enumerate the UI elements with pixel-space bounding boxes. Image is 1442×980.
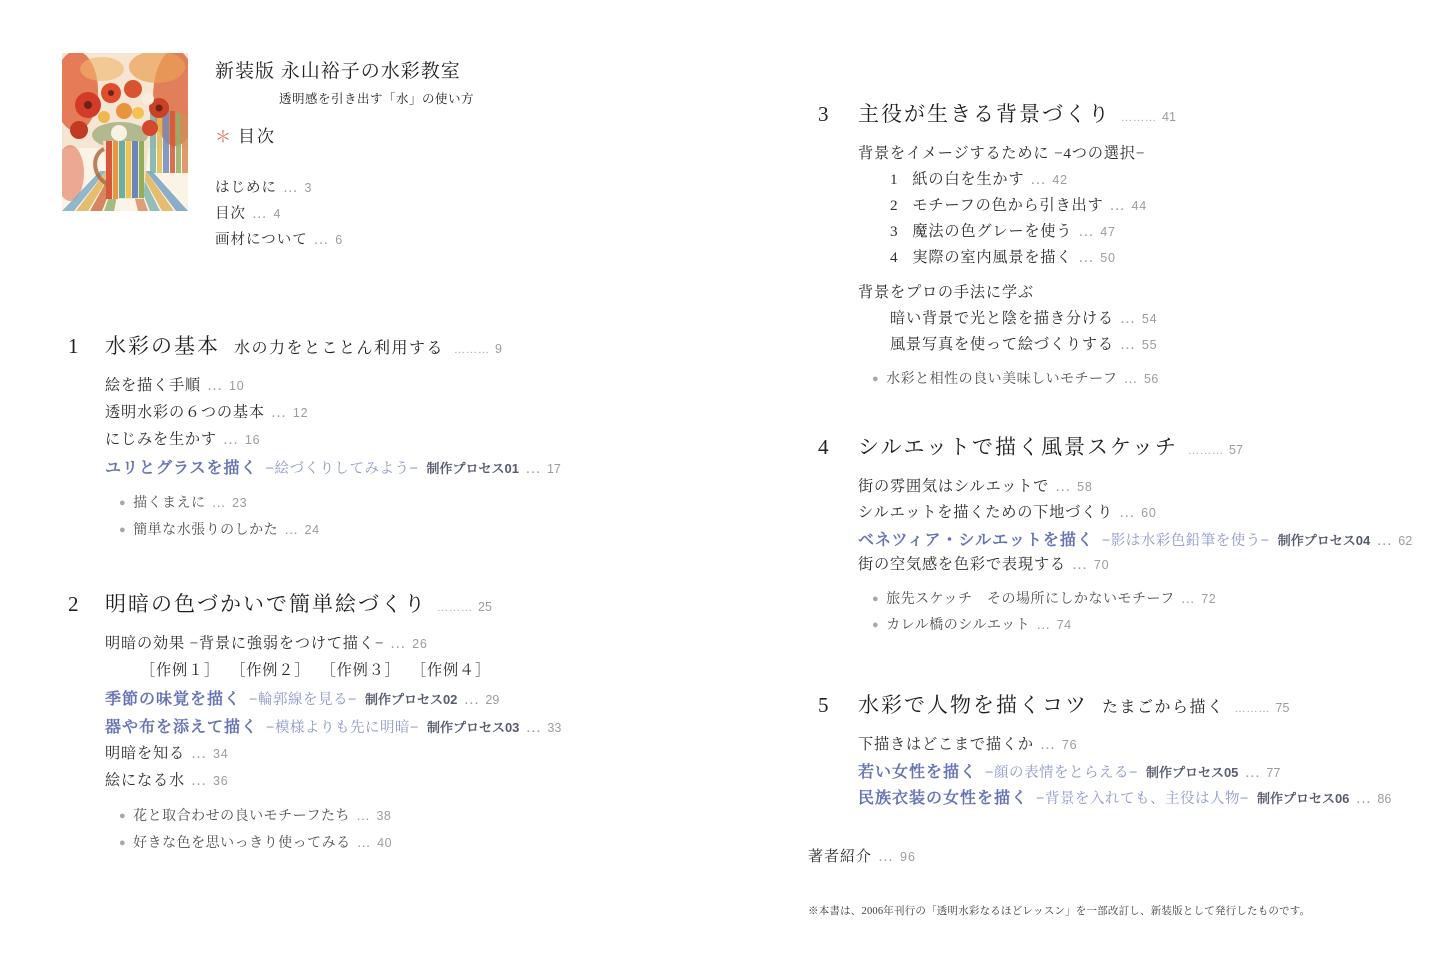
- front-matter-list: はじめに…3目次…4画材について…6: [215, 176, 343, 254]
- page-number: 77: [1266, 766, 1280, 780]
- section-subtitle: 水の力をとことん利用する: [234, 340, 444, 357]
- dots: …: [1355, 790, 1371, 807]
- toc-entry: 街の雰囲気はシルエットで…58: [858, 475, 1412, 501]
- toc-section-2: 2明暗の色づかいで簡単絵づくり………25明暗の効果 −背景に強弱をつけて描く−……: [68, 588, 561, 859]
- page-number: 50: [1100, 251, 1116, 265]
- entry-label: モチーフの色から引き出す: [912, 197, 1103, 214]
- section-entries: 下描きはどこまで描くか…76若い女性を描く−顔の表情をとらえる−制作プロセス05…: [858, 733, 1391, 811]
- entry-label: 明暗を知る: [105, 745, 185, 762]
- dots: …: [284, 521, 299, 537]
- dots: …: [252, 206, 268, 222]
- process-tag: 制作プロセス02: [365, 692, 457, 707]
- edition-footnote: ※本書は、2006年刊行の「透明水彩なるほどレッスン」を一部改訂し、新装版として…: [808, 903, 1310, 918]
- entry-label: 下描きはどこまで描くか: [858, 736, 1034, 753]
- bullet-icon: ●: [119, 837, 126, 849]
- section-title-row: 2明暗の色づかいで簡単絵づくり………25: [68, 588, 561, 620]
- page-number: 54: [1142, 312, 1158, 326]
- entry-label: シルエットを描くための下地づくり: [858, 504, 1113, 521]
- bullet-icon: ●: [872, 593, 879, 605]
- entry-label: 実際の室内風景を描く: [912, 249, 1072, 266]
- front-matter-entry: 目次…4: [215, 202, 343, 228]
- toc-entry: 下描きはどこまで描くか…76: [858, 733, 1391, 759]
- entry-label: 花と取合わせの良いモチーフたち: [133, 807, 350, 823]
- dots: …: [1120, 336, 1136, 353]
- leader-dots: ………: [1121, 112, 1157, 124]
- process-tag: 制作プロセス04: [1278, 533, 1370, 548]
- dots: …: [191, 745, 207, 762]
- page-number: 96: [900, 850, 916, 864]
- example-label: ［作例１］: [140, 662, 220, 679]
- toc-entry: 暗い背景で光と陰を描き分ける…54: [858, 307, 1176, 333]
- dots: …: [1110, 197, 1126, 214]
- dots: …: [1072, 556, 1088, 573]
- page-number: 33: [547, 721, 561, 735]
- section-title: 水彩で人物を描くコツ: [858, 693, 1088, 717]
- toc-entry: ●花と取合わせの良いモチーフたち…38: [105, 805, 561, 832]
- dots: …: [1119, 504, 1135, 521]
- book-subtitle: 透明感を引き出す「水」の使い方: [279, 89, 474, 107]
- bullet-icon: ●: [119, 524, 126, 536]
- dots: …: [1376, 532, 1392, 549]
- toc-entry: 3魔法の色グレーを使う…47: [858, 220, 1176, 246]
- entry-label: 季節の味覚を描く: [105, 691, 241, 708]
- entry-label: 透明水彩の６つの基本: [105, 404, 265, 421]
- page-number: 10: [229, 379, 245, 393]
- section-title-row: 5水彩で人物を描くコツたまごから描く………75: [818, 689, 1391, 721]
- process-tag: 制作プロセス01: [426, 461, 518, 476]
- entry-note: −絵づくりしてみよう−: [266, 461, 419, 477]
- bullet-icon: ●: [872, 619, 879, 631]
- section-number: 5: [818, 693, 858, 718]
- bullet-icon: ●: [872, 373, 879, 385]
- dots: …: [191, 772, 207, 789]
- page-number: 57: [1229, 443, 1243, 457]
- page-number: 9: [495, 342, 502, 356]
- dots: …: [212, 494, 227, 510]
- front-matter-entry: はじめに…3: [215, 176, 343, 202]
- toc-section-1: 1水彩の基本水の力をとことん利用する………9絵を描く手順…10透明水彩の６つの基…: [68, 330, 561, 546]
- page-number: 34: [213, 747, 229, 761]
- page-number: 76: [1062, 738, 1078, 752]
- toc-entry: 絵になる水…36: [105, 769, 561, 796]
- item-number: 2: [890, 197, 898, 215]
- dots: …: [1244, 764, 1260, 781]
- cover-image: [62, 53, 188, 211]
- leader-dots: ………: [1188, 445, 1224, 457]
- example-label: ［作例４］: [419, 662, 491, 679]
- author-profile-entry: 著者紹介…96: [808, 845, 916, 866]
- entry-label: 街の雰囲気はシルエットで: [858, 478, 1049, 495]
- entry-label: はじめに: [215, 180, 277, 196]
- dots: …: [463, 691, 479, 708]
- dots: …: [271, 404, 287, 421]
- toc-entry: 4実際の室内風景を描く…50: [858, 246, 1176, 272]
- dots: …: [223, 431, 239, 448]
- dots: …: [1078, 223, 1094, 240]
- page-number: 58: [1077, 480, 1093, 494]
- toc-entry: 季節の味覚を描く−輪郭線を見る−制作プロセス02…29: [105, 686, 561, 714]
- section-title-row: 3主役が生きる背景づくり………41: [818, 98, 1176, 130]
- process-tag: 制作プロセス06: [1257, 791, 1349, 806]
- entry-note: −顔の表情をとらえる−: [985, 765, 1138, 781]
- section-title: 主役が生きる背景づくり: [858, 102, 1111, 126]
- toc-entry: ●簡単な水張りのしかた…24: [105, 519, 561, 546]
- section-entries: 明暗の効果 −背景に強弱をつけて描く−…26［作例１］［作例２］［作例３］［作例…: [105, 632, 561, 859]
- entry-label: 画材について: [215, 232, 308, 248]
- page-number: 4: [274, 207, 282, 221]
- dots: …: [356, 807, 371, 823]
- toc-entry: 1紙の白を生かす…42: [858, 168, 1176, 194]
- toc-entry: ●カレル橋のシルエット…74: [858, 614, 1412, 640]
- page-number: 55: [1142, 338, 1158, 352]
- entry-label: 旅先スケッチ その場所にしかないモチーフ: [886, 590, 1175, 606]
- item-number: 1: [890, 171, 898, 189]
- dots: …: [525, 719, 541, 736]
- entry-label: 好きな色を思いっきり使ってみる: [133, 834, 351, 850]
- entry-label: 暗い背景で光と陰を描き分ける: [890, 310, 1114, 327]
- toc-entry: 若い女性を描く−顔の表情をとらえる−制作プロセス05…77: [858, 759, 1391, 785]
- entry-label: にじみを生かす: [105, 431, 217, 448]
- dots: …: [314, 232, 330, 248]
- section-title-row: 4シルエットで描く風景スケッチ………57: [818, 431, 1412, 463]
- process-tag: 制作プロセス03: [427, 720, 519, 735]
- book-title: 新装版 永山裕子の水彩教室: [215, 56, 474, 83]
- toc-entry: 明暗の効果 −背景に強弱をつけて描く−…26: [105, 632, 561, 659]
- dots: …: [283, 180, 299, 196]
- entry-note: −模様よりも先に明暗−: [266, 720, 419, 736]
- toc-entry: 2モチーフの色から引き出す…44: [858, 194, 1176, 220]
- section-number: 3: [818, 102, 858, 127]
- dots: …: [1055, 478, 1071, 495]
- example-label: ［作例３］: [328, 662, 400, 679]
- page-number: 25: [478, 600, 492, 614]
- entry-label: 民族衣装の女性を描く: [858, 790, 1028, 807]
- dots: …: [1120, 310, 1136, 327]
- toc-section-3: 3主役が生きる背景づくり………41背景をイメージするために −4つの選択−1紙の…: [818, 98, 1176, 394]
- entry-label: 簡単な水張りのしかた: [133, 521, 278, 537]
- section-title: シルエットで描く風景スケッチ: [858, 435, 1178, 459]
- toc-heading: ＊目次: [215, 122, 474, 147]
- leader-dots: ………: [437, 602, 473, 614]
- toc-entry: ベネツィア・シルエットを描く−影は水彩色鉛筆を使う−制作プロセス04…62: [858, 527, 1412, 553]
- page-number: 40: [377, 836, 392, 850]
- bullet-icon: ●: [119, 810, 126, 822]
- toc-entry: 器や布を添えて描く−模様よりも先に明暗−制作プロセス03…33: [105, 714, 561, 742]
- page-number: 38: [376, 809, 391, 823]
- page-number: 72: [1201, 592, 1216, 606]
- page-number: 16: [245, 433, 261, 447]
- page-number: 24: [305, 523, 320, 537]
- toc-entry: 街の空気感を色彩で表現する…70: [858, 553, 1412, 579]
- example-label: ［作例２］: [238, 662, 310, 679]
- entry-label: 紙の白を生かす: [912, 171, 1024, 188]
- page-number: 3: [305, 181, 313, 195]
- section-entries: 絵を描く手順…10透明水彩の６つの基本…12にじみを生かす…16ユリとグラスを描…: [105, 374, 561, 546]
- entry-label: ベネツィア・シルエットを描く: [858, 532, 1094, 549]
- entry-label: 絵になる水: [105, 772, 185, 789]
- page-number: 6: [335, 233, 343, 247]
- toc-entry: にじみを生かす…16: [105, 428, 561, 455]
- dots: …: [1036, 616, 1051, 632]
- leader-dots: ………: [1235, 703, 1271, 715]
- page-number: 75: [1276, 701, 1290, 715]
- entry-label: 風景写真を使って絵づくりする: [890, 336, 1114, 353]
- toc-entry: ●好きな色を思いっきり使ってみる…40: [105, 832, 561, 859]
- entry-note: −影は水彩色鉛筆を使う−: [1102, 533, 1270, 549]
- entry-label: 目次: [215, 206, 246, 222]
- page-number: 60: [1141, 506, 1157, 520]
- entry-label: カレル橋のシルエット: [886, 616, 1030, 632]
- dots: …: [1030, 171, 1046, 188]
- page-number: 12: [293, 406, 309, 420]
- entry-label: 魔法の色グレーを使う: [912, 223, 1072, 240]
- entry-label: 街の空気感を色彩で表現する: [858, 556, 1066, 573]
- page-number: 70: [1094, 558, 1110, 572]
- toc-entry: 透明水彩の６つの基本…12: [105, 401, 561, 428]
- toc-entry: 民族衣装の女性を描く−背景を入れても、主役は人物−制作プロセス06…86: [858, 785, 1391, 811]
- toc-section-4: 4シルエットで描く風景スケッチ………57街の雰囲気はシルエットで…58シルエット…: [818, 431, 1412, 640]
- entry-label: 著者紹介: [808, 849, 872, 865]
- dots: …: [207, 377, 223, 394]
- page-number: 74: [1057, 618, 1072, 632]
- toc-entry: 絵を描く手順…10: [105, 374, 561, 401]
- section-number: 1: [68, 334, 105, 359]
- page-number: 17: [547, 462, 561, 476]
- dots: …: [1078, 249, 1094, 266]
- entry-label: 器や布を添えて描く: [105, 719, 258, 736]
- toc-entry: ●旅先スケッチ その場所にしかないモチーフ…72: [858, 588, 1412, 614]
- page-number: 86: [1377, 792, 1391, 806]
- asterisk-icon: ＊: [215, 129, 233, 146]
- page-number: 47: [1100, 225, 1116, 239]
- page-number: 29: [485, 693, 499, 707]
- dots: …: [1123, 370, 1138, 386]
- section-title: 水彩の基本: [105, 334, 220, 358]
- entry-label: 背景をプロの手法に学ぶ: [858, 284, 1034, 301]
- entry-label: 背景をイメージするために −4つの選択−: [858, 145, 1145, 162]
- toc-entry: ユリとグラスを描く−絵づくりしてみよう−制作プロセス01…17: [105, 455, 561, 483]
- section-subtitle: たまごから描く: [1102, 699, 1225, 716]
- bullet-icon: ●: [119, 497, 126, 509]
- entry-note: −背景を入れても、主役は人物−: [1036, 791, 1249, 807]
- process-tag: 制作プロセス05: [1146, 765, 1238, 780]
- dots: …: [390, 635, 406, 652]
- page-number: 62: [1398, 534, 1412, 548]
- page-number: 56: [1144, 372, 1159, 386]
- section-title: 明暗の色づかいで簡単絵づくり: [105, 592, 427, 616]
- page-number: 36: [213, 774, 229, 788]
- entry-label: 水彩と相性の良い美味しいモチーフ: [886, 370, 1117, 386]
- page-number: 23: [232, 496, 247, 510]
- page-number: 44: [1132, 199, 1148, 213]
- entry-label: 若い女性を描く: [858, 764, 977, 781]
- section-number: 4: [818, 435, 858, 460]
- section-title-row: 1水彩の基本水の力をとことん利用する………9: [68, 330, 561, 362]
- toc-entry: シルエットを描くための下地づくり…60: [858, 501, 1412, 527]
- dots: …: [1181, 590, 1196, 606]
- toc-heading-label: 目次: [238, 127, 276, 146]
- page-number: 41: [1162, 110, 1176, 124]
- entry-note: −輪郭線を見る−: [249, 692, 357, 708]
- toc-entry: 背景をプロの手法に学ぶ: [858, 281, 1176, 307]
- section-entries: 街の雰囲気はシルエットで…58シルエットを描くための下地づくり…60ベネツィア・…: [858, 475, 1412, 640]
- entry-label: 描くまえに: [133, 494, 206, 510]
- toc-entry: 明暗を知る…34: [105, 742, 561, 769]
- front-matter-entry: 画材について…6: [215, 228, 343, 254]
- dots: …: [1040, 736, 1056, 753]
- section-number: 2: [68, 592, 105, 617]
- entry-label: 明暗の効果 −背景に強弱をつけて描く−: [105, 635, 384, 652]
- item-number: 4: [890, 249, 898, 267]
- toc-entry: 風景写真を使って絵づくりする…55: [858, 333, 1176, 359]
- entry-label: 絵を描く手順: [105, 377, 201, 394]
- page-number: 26: [412, 637, 428, 651]
- item-number: 3: [890, 223, 898, 241]
- dots: …: [525, 460, 541, 477]
- dots: …: [357, 834, 372, 850]
- toc-entry: ●描くまえに…23: [105, 492, 561, 519]
- toc-section-5: 5水彩で人物を描くコツたまごから描く………75下描きはどこまで描くか…76若い女…: [818, 689, 1391, 811]
- dots: …: [878, 849, 894, 865]
- page-number: 42: [1052, 173, 1068, 187]
- toc-entry: ［作例１］［作例２］［作例３］［作例４］: [105, 659, 561, 686]
- toc-entry: ●水彩と相性の良い美味しいモチーフ…56: [858, 368, 1176, 394]
- leader-dots: ………: [454, 344, 490, 356]
- section-entries: 背景をイメージするために −4つの選択−1紙の白を生かす…422モチーフの色から…: [858, 142, 1176, 394]
- toc-entry: 背景をイメージするために −4つの選択−: [858, 142, 1176, 168]
- entry-label: ユリとグラスを描く: [105, 460, 258, 477]
